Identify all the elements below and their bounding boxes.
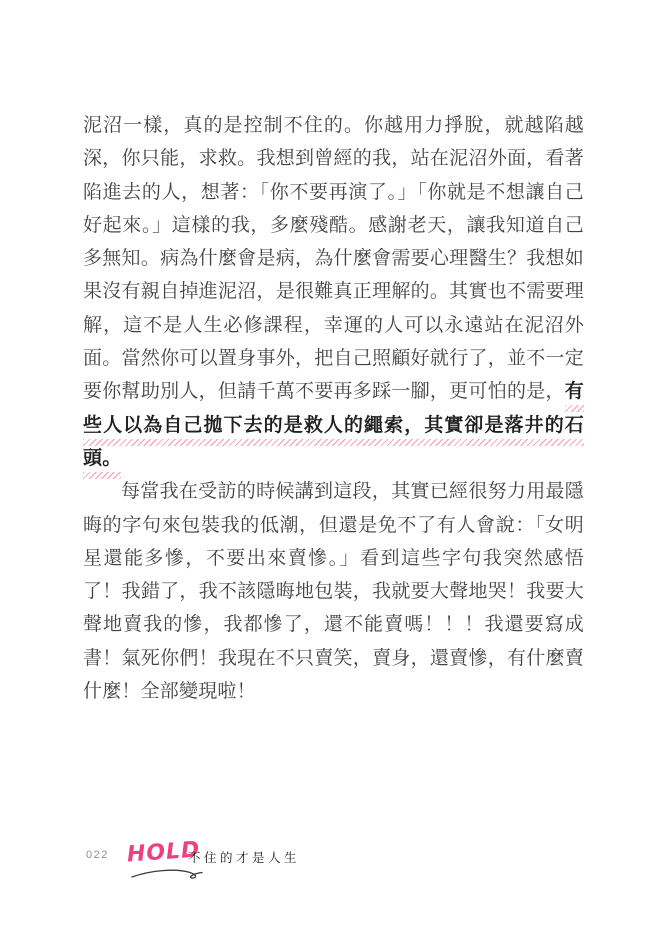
paragraph-2: 每當我在受訪的時候講到這段，其實已經很努力用最隱晦的字句來包裝我的低潮，但還是免… xyxy=(83,475,584,708)
swoosh-underline-icon xyxy=(130,865,208,881)
paragraph-1-text: 泥沼一樣，真的是控制不住的。你越用力掙脫，就越陷越深，你只能，求救。我想到曾經的… xyxy=(83,114,584,402)
page-number: 022 xyxy=(86,849,109,861)
body-text: 泥沼一樣，真的是控制不住的。你越用力掙脫，就越陷越深，你只能，求救。我想到曾經的… xyxy=(83,109,584,708)
paragraph-2-text: 每當我在受訪的時候講到這段，其實已經很努力用最隱晦的字句來包裝我的低潮，但還是免… xyxy=(83,480,584,702)
paragraph-1: 泥沼一樣，真的是控制不住的。你越用力掙脫，就越陷越深，你只能，求救。我想到曾經的… xyxy=(83,109,584,475)
page-footer: 022 HOLD 不住的才是人生 xyxy=(86,840,346,882)
book-title-tagline: 不住的才是人生 xyxy=(188,848,300,866)
book-page: 泥沼一樣，真的是控制不住的。你越用力掙脫，就越陷越深，你只能，求救。我想到曾經的… xyxy=(0,0,663,932)
